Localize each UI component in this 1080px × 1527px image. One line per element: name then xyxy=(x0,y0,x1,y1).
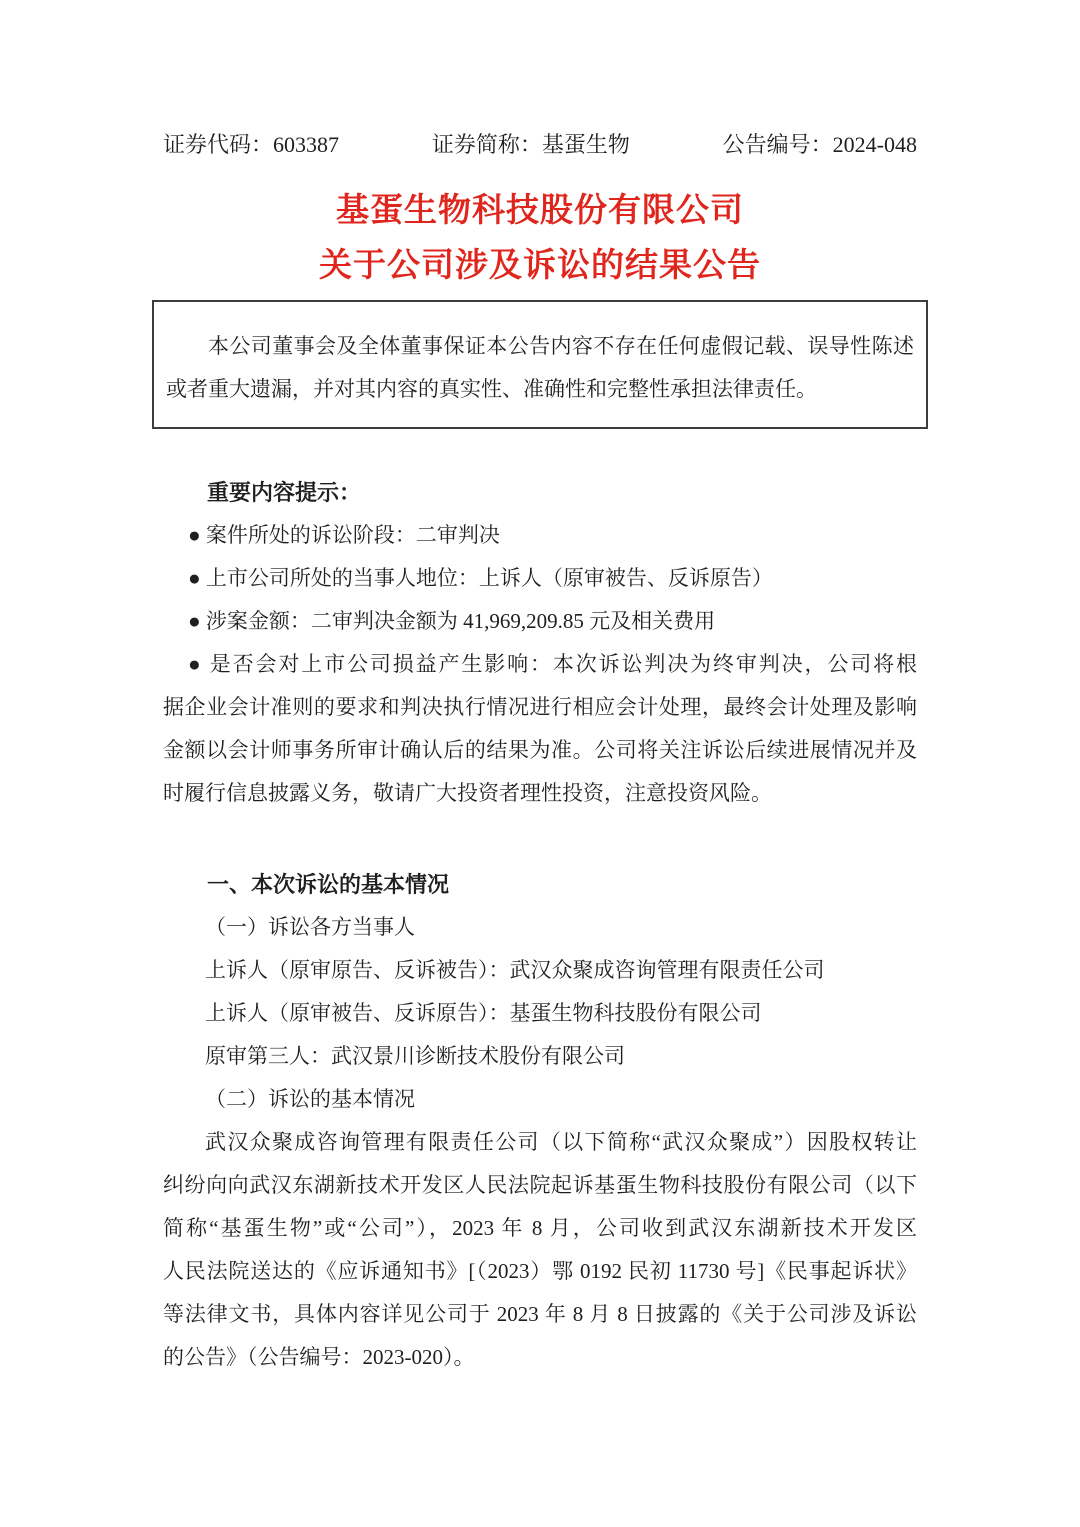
paragraph: ● 案件所处的诉讼阶段：二审判决 xyxy=(163,514,917,557)
text-line: 或者重大遗漏，并对其内容的真实性、准确性和完整性承担法律责任。 xyxy=(166,368,914,411)
text-line: 等法律文书，具体内容详见公司于 2023 年 8 月 8 日披露的《关于公司涉及… xyxy=(163,1293,917,1336)
paragraph: 原审第三人：武汉景川诊断技术股份有限公司 xyxy=(163,1035,917,1078)
paragraph: （一）诉讼各方当事人 xyxy=(163,906,917,949)
section-1-body: （一）诉讼各方当事人上诉人（原审原告、反诉被告）：武汉众聚成咨询管理有限责任公司… xyxy=(163,906,917,1379)
paragraph: ● 上市公司所处的当事人地位：上诉人（原审被告、反诉原告） xyxy=(163,557,917,600)
disclaimer-box: 本公司董事会及全体董事保证本公告内容不存在任何虚假记载、误导性陈述或者重大遗漏，… xyxy=(152,300,928,429)
paragraph: 上诉人（原审原告、反诉被告）：武汉众聚成咨询管理有限责任公司 xyxy=(163,949,917,992)
paragraph: （二）诉讼的基本情况 xyxy=(163,1078,917,1121)
text-line: （二）诉讼的基本情况 xyxy=(163,1078,917,1121)
paragraph: 武汉众聚成咨询管理有限责任公司（以下简称“武汉众聚成”）因股权转让纠纷向向武汉东… xyxy=(163,1121,917,1379)
document-header: 证券代码：603387 证券简称：基蛋生物 公告编号：2024-048 xyxy=(163,0,917,159)
text-line: 时履行信息披露义务，敬请广大投资者理性投资，注意投资风险。 xyxy=(163,772,917,815)
text-line: 上诉人（原审原告、反诉被告）：武汉众聚成咨询管理有限责任公司 xyxy=(163,949,917,992)
notice-bullet-list: ● 案件所处的诉讼阶段：二审判决● 上市公司所处的当事人地位：上诉人（原审被告、… xyxy=(163,514,917,815)
paragraph: 本公司董事会及全体董事保证本公告内容不存在任何虚假记载、误导性陈述或者重大遗漏，… xyxy=(166,325,914,411)
text-line: ● 上市公司所处的当事人地位：上诉人（原审被告、反诉原告） xyxy=(163,557,917,600)
text-line: 的公告》（公告编号：2023-020）。 xyxy=(163,1336,917,1379)
text-line: ● 涉案金额：二审判决金额为 41,969,209.85 元及相关费用 xyxy=(163,600,917,643)
text-line: 金额以会计师事务所审计确认后的结果为准。公司将关注诉讼后续进展情况并及 xyxy=(163,729,917,772)
stock-short-name: 证券简称：基蛋生物 xyxy=(432,131,630,159)
text-line: ● 案件所处的诉讼阶段：二审判决 xyxy=(163,514,917,557)
text-line: 人民法院送达的《应诉通知书》[（2023）鄂 0192 民初 11730 号]《… xyxy=(163,1250,917,1293)
text-line: 武汉众聚成咨询管理有限责任公司（以下简称“武汉众聚成”）因股权转让 xyxy=(163,1121,917,1164)
section-1-heading: 一、本次诉讼的基本情况 xyxy=(163,863,917,906)
paragraph: ● 涉案金额：二审判决金额为 41,969,209.85 元及相关费用 xyxy=(163,600,917,643)
announcement-page: 证券代码：603387 证券简称：基蛋生物 公告编号：2024-048 基蛋生物… xyxy=(0,0,1080,1527)
stock-code: 证券代码：603387 xyxy=(163,131,339,159)
text-line: 纠纷向向武汉东湖新技术开发区人民法院起诉基蛋生物科技股份有限公司（以下 xyxy=(163,1164,917,1207)
company-name-title: 基蛋生物科技股份有限公司 xyxy=(163,188,917,232)
text-line: 本公司董事会及全体董事保证本公告内容不存在任何虚假记载、误导性陈述 xyxy=(166,325,914,368)
text-line: ● 是否会对上市公司损益产生影响：本次诉讼判决为终审判决，公司将根 xyxy=(163,643,917,686)
paragraph: 上诉人（原审被告、反诉原告）：基蛋生物科技股份有限公司 xyxy=(163,992,917,1035)
text-line: （一）诉讼各方当事人 xyxy=(163,906,917,949)
text-line: 原审第三人：武汉景川诊断技术股份有限公司 xyxy=(163,1035,917,1078)
text-line: 据企业会计准则的要求和判决执行情况进行相应会计处理，最终会计处理及影响 xyxy=(163,686,917,729)
notice-heading: 重要内容提示： xyxy=(163,471,917,514)
text-line: 上诉人（原审被告、反诉原告）：基蛋生物科技股份有限公司 xyxy=(163,992,917,1035)
announcement-title: 关于公司涉及诉讼的结果公告 xyxy=(163,243,917,287)
paragraph: ● 是否会对上市公司损益产生影响：本次诉讼判决为终审判决，公司将根据企业会计准则… xyxy=(163,643,917,815)
announcement-number: 公告编号：2024-048 xyxy=(723,131,917,159)
text-line: 简称“基蛋生物”或“公司”），2023 年 8 月，公司收到武汉东湖新技术开发区 xyxy=(163,1207,917,1250)
